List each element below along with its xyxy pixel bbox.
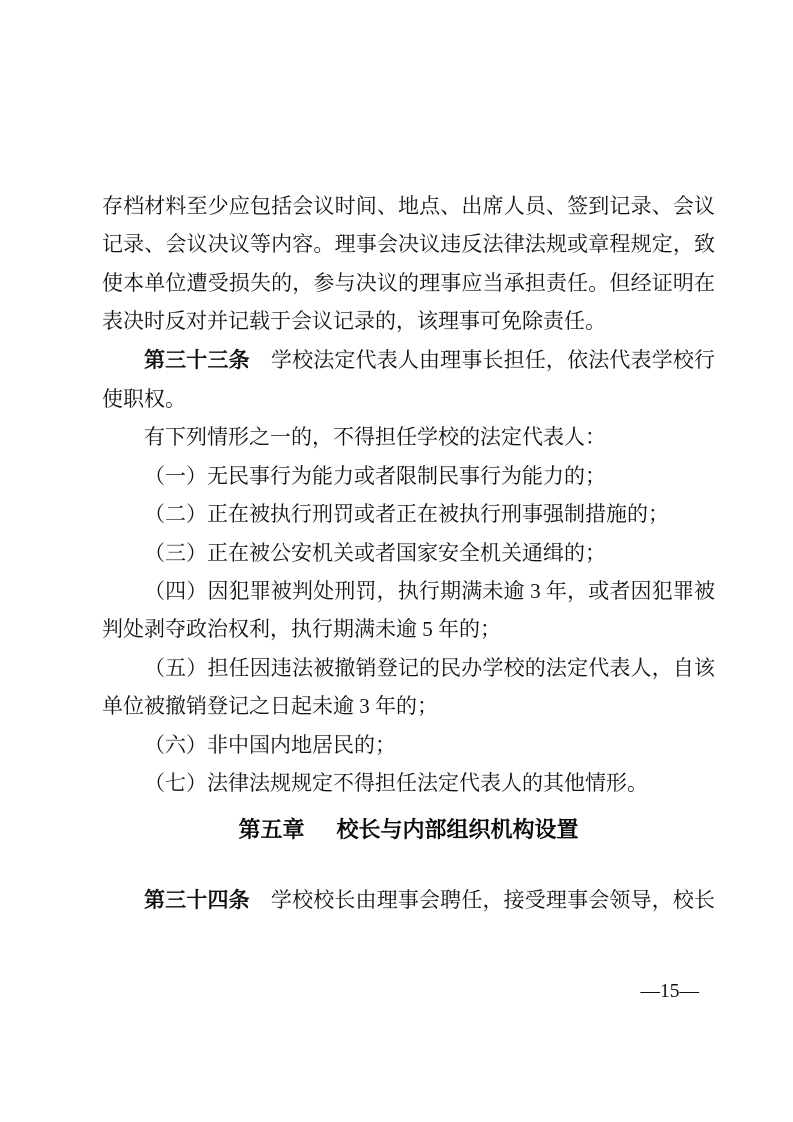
clause-5-line-continued: 单位被撤销登记之日起未逾 3 年的； (102, 687, 715, 725)
line-text: （七）法律法规规定不得担任法定代表人的其他情形。 (144, 771, 648, 795)
line-text: 表决时反对并记载于会议记录的，该理事可免除责任。 (102, 309, 606, 333)
line-text: 使职权。 (102, 387, 186, 411)
text-block: 存档材料至少应包括会议时间、地点、出席人员、签到记录、会议 记录、会议决议等内容… (102, 187, 715, 920)
line-text: 记录、会议决议等内容。理事会决议违反法律法规或章程规定，致 (102, 232, 715, 256)
clause-4-line: （四）因犯罪被判处刑罚，执行期满未逾 3 年，或者因犯罪被 (102, 572, 715, 610)
line-text: 有下列情形之一的，不得担任学校的法定代表人： (144, 425, 606, 449)
page-number: —15— (641, 981, 700, 1003)
line-text: 单位被撤销登记之日起未逾 3 年的； (102, 694, 438, 718)
article-33-line: 第三十三条 学校法定代表人由理事长担任，依法代表学校行 (102, 341, 715, 380)
line-text: （一）无民事行为能力或者限制民事行为能力的； (144, 464, 606, 488)
line-text: （四）因犯罪被判处刑罚，执行期满未逾 3 年，或者因犯罪被 (144, 579, 715, 603)
clause-5-line: （五）担任因违法被撤销登记的民办学校的法定代表人，自该 (102, 649, 715, 687)
chapter-5-heading: 第五章校长与内部组织机构设置 (102, 811, 715, 849)
line-text: 判处剥夺政治权利，执行期满未逾 5 年的； (102, 617, 501, 641)
paragraph-line: 存档材料至少应包括会议时间、地点、出席人员、签到记录、会议 (102, 187, 715, 225)
article-34-label: 第三十四条 (144, 889, 250, 912)
article-33-label: 第三十三条 (144, 349, 250, 372)
clause-7-line: （七）法律法规规定不得担任法定代表人的其他情形。 (102, 764, 715, 802)
clause-6-line: （六）非中国内地居民的； (102, 726, 715, 764)
line-text: （二）正在被执行刑罚或者正在被执行刑事强制措施的； (144, 502, 669, 526)
line-text: 使本单位遭受损失的，参与决议的理事应当承担责任。但经证明在 (102, 271, 715, 295)
article-34-line: 第三十四条 学校校长由理事会聘任，接受理事会领导，校长 (102, 881, 715, 920)
paragraph-line: 使本单位遭受损失的，参与决议的理事应当承担责任。但经证明在 (102, 264, 715, 302)
chapter-number: 第五章 (238, 817, 304, 842)
paragraph-line: 有下列情形之一的，不得担任学校的法定代表人： (102, 418, 715, 456)
line-text: （三）正在被公安机关或者国家安全机关通缉的； (144, 541, 606, 565)
paragraph-line: 使职权。 (102, 380, 715, 418)
clause-1-line: （一）无民事行为能力或者限制民事行为能力的； (102, 457, 715, 495)
line-text: （六）非中国内地居民的； (144, 733, 396, 757)
document-page: 存档材料至少应包括会议时间、地点、出席人员、签到记录、会议 记录、会议决议等内容… (0, 0, 793, 1122)
line-text: （五）担任因违法被撤销登记的民办学校的法定代表人，自该 (144, 656, 715, 680)
clause-2-line: （二）正在被执行刑罚或者正在被执行刑事强制措施的； (102, 495, 715, 533)
chapter-title: 校长与内部组织机构设置 (337, 817, 579, 842)
paragraph-line: 记录、会议决议等内容。理事会决议违反法律法规或章程规定，致 (102, 225, 715, 263)
line-text: 存档材料至少应包括会议时间、地点、出席人员、签到记录、会议 (102, 194, 715, 218)
article-34-text: 学校校长由理事会聘任，接受理事会领导，校长 (250, 888, 715, 912)
clause-3-line: （三）正在被公安机关或者国家安全机关通缉的； (102, 534, 715, 572)
clause-4-line-continued: 判处剥夺政治权利，执行期满未逾 5 年的； (102, 610, 715, 648)
paragraph-line: 表决时反对并记载于会议记录的，该理事可免除责任。 (102, 302, 715, 340)
article-33-text: 学校法定代表人由理事长担任，依法代表学校行 (250, 348, 715, 372)
